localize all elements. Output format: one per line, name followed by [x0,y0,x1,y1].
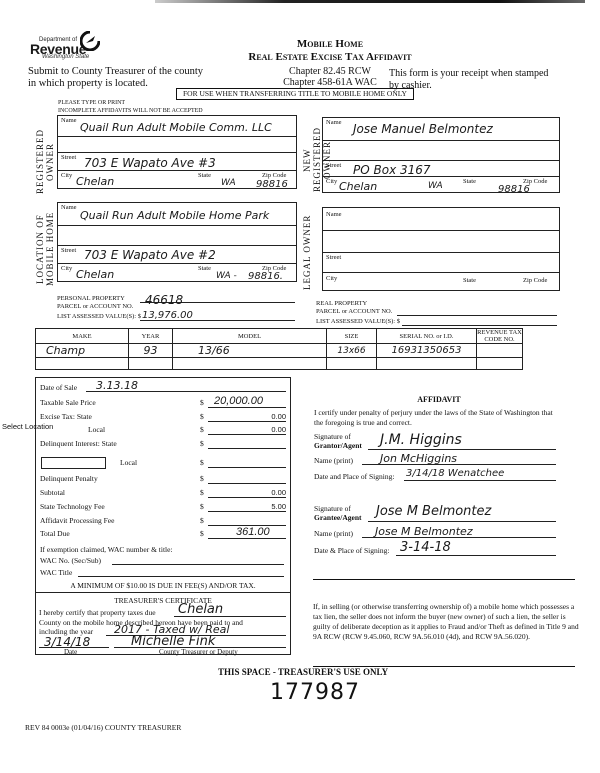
logo-state-text: Washington State [42,54,89,60]
grantee-name-label: Name (print) [314,529,353,538]
location-zip[interactable]: 98816. [248,271,283,282]
zip-label: Zip Code [262,172,286,179]
fee-row-delinquent-state: Delinquent Interest: State$ [40,439,286,450]
revenue-code-value[interactable] [477,344,523,358]
grantee-agent-label: Grantee/Agent [314,513,362,522]
fee-label: Total Due [40,529,70,538]
delinquent-interest-local-value[interactable] [208,458,286,468]
real-assessed-label: LIST ASSESSED VALUE(S): $ [316,318,400,325]
state-label: State [198,172,211,179]
col-year: YEAR [129,329,173,344]
col-model: MODEL [173,329,327,344]
grantor-date-place[interactable]: 3/14/18 Wenatchee [406,468,504,479]
table-header-row: MAKE YEAR MODEL SIZE SERIAL NO. or I.D. … [36,329,523,344]
treasurer-signature[interactable]: Michelle Fink [131,634,215,649]
real-property-label: REAL PROPERTY [316,300,392,308]
col-make: MAKE [36,329,129,344]
zip-label: Zip Code [523,277,547,284]
make-value[interactable]: Champ [36,344,129,358]
new-owner-name[interactable]: Jose Manuel Belmontez [353,122,493,136]
street-label: Street [61,247,76,254]
legal-owner-section-label: LEGAL OWNER [302,212,322,292]
state-label: State [463,178,476,185]
serial-value[interactable]: 16931350653 [377,344,477,358]
name-label: Name [326,119,342,126]
name-label: Name [61,204,77,211]
receipt-note-line1: This form is your receipt when stamped [389,68,548,80]
name-label: Name [61,117,77,124]
col-size: SIZE [327,329,377,344]
legal-owner-box: Name Street City State Zip Code [322,207,560,291]
excise-tax-state-value[interactable]: 0.00 [208,412,286,422]
city-label: City [61,265,72,272]
grantor-name-label: Name (print) [314,456,353,465]
city-label: City [326,178,337,185]
personal-property-label: PERSONAL PROPERTY [57,295,133,303]
registered-owner-section-label: REGISTERED OWNER [35,118,55,206]
scan-edge-line [155,0,585,3]
fee-label: Excise Tax: State [40,412,92,421]
instruction-type-or-print: PLEASE TYPE OR PRINT [58,99,203,107]
new-owner-section-label: NEW REGISTERED OWNER [302,116,322,204]
total-due-value[interactable]: 361.00 [208,526,286,539]
year-value[interactable] [129,358,173,370]
model-value[interactable] [173,358,327,370]
location-street[interactable]: 703 E Wapato Ave #2 [84,248,216,262]
treasurer-county[interactable]: Chelan [178,602,223,617]
fee-label: Affidavit Processing Fee [40,516,114,525]
location-city[interactable]: Chelan [76,268,114,281]
grantee-date-label: Date & Place of Signing: [314,546,389,555]
wac-no-input[interactable] [112,564,284,565]
state-label: State [198,265,211,272]
signature-of-label: Signature of [314,432,362,441]
registered-owner-state[interactable]: WA [221,178,236,188]
treasurer-receipt-number: 177987 [270,680,360,705]
fee-row-taxable-sale-price: Taxable Sale Price$ 20,000.00 [40,398,286,409]
affidavit-statement: I certify under penalty of perjury under… [314,408,554,428]
grantor-signature-line [368,449,556,450]
registered-owner-box: Name Quail Run Adult Mobile Comm. LLC St… [57,115,297,189]
serial-value[interactable] [377,358,477,370]
fee-label: Local [120,458,137,467]
grantor-agent-label: Grantor/Agent [314,441,362,450]
for-use-banner: FOR USE WHEN TRANSFERRING TITLE TO MOBIL… [176,88,414,100]
grantor-signature[interactable]: J.M. Higgins [380,432,462,448]
fee-row-excise-local: Local$ 0.00 [40,425,286,436]
size-value[interactable] [327,358,377,370]
chapter-rcw: Chapter 82.45 RCW [250,66,410,77]
revenue-code-value[interactable] [477,358,523,370]
wac-no-label: WAC No. (Sec/Sub) [40,556,101,565]
wac-title-input[interactable] [78,576,284,577]
instructions: PLEASE TYPE OR PRINT INCOMPLETE AFFIDAVI… [58,99,203,115]
location-name[interactable]: Quail Run Adult Mobile Home Park [80,209,269,222]
real-property-labels: REAL PROPERTY PARCEL or ACCOUNT NO. [316,300,392,316]
excise-tax-local-value[interactable]: 0.00 [208,425,286,435]
select-location-label[interactable]: Select Location [2,422,53,431]
grantee-date-place[interactable]: 3-14-18 [400,540,451,555]
registered-owner-name[interactable]: Quail Run Adult Mobile Comm. LLC [80,121,272,134]
grantee-signature-line [368,521,556,522]
name-label: Name [326,211,342,218]
fee-row-subtotal: Subtotal$ 0.00 [40,488,286,499]
table-row [36,358,523,370]
grantee-signature[interactable]: Jose M Belmontez [376,504,491,519]
city-label: City [326,275,337,282]
delinquent-interest-state-value[interactable] [208,439,286,449]
city-label: City [61,172,72,179]
new-owner-city[interactable]: Chelan [339,180,377,193]
date-label: Date [64,648,77,656]
revenue-swoosh-icon [80,31,100,51]
signature-of-label: Signature of [314,504,362,513]
grantee-name[interactable]: Jose M Belmontez [375,525,473,538]
make-value[interactable] [36,358,129,370]
fee-row-excise-state: Excise Tax: State$ 0.00 [40,412,286,423]
exemption-label: If exemption claimed, WAC number & title… [40,545,173,554]
fee-label: Delinquent Interest: State [40,439,117,448]
year-value[interactable]: 93 [129,344,173,358]
col-serial: SERIAL NO. or I.D. [377,329,477,344]
fee-row-technology-fee: State Technology Fee$ 5.00 [40,502,286,513]
fee-label: Local [88,425,105,434]
fee-label: Delinquent Penalty [40,474,98,483]
fee-label: State Technology Fee [40,502,105,511]
registered-owner-zip[interactable]: 98816 [256,179,288,190]
location-state[interactable]: WA - [216,271,237,281]
grantor-date-label: Date and Place of Signing: [314,472,394,481]
form-title-line2: Real Estate Excise Tax Affidavit [180,51,480,63]
registered-owner-city[interactable]: Chelan [76,175,114,188]
affidavit-title: AFFIDAVIT [294,395,584,404]
treasurer-date[interactable]: 3/14/18 [44,635,90,649]
form-revision: REV 84 0003e (01/04/16) COUNTY TREASURER [25,723,181,732]
personal-property-labels: PERSONAL PROPERTY PARCEL or ACCOUNT NO. [57,295,133,311]
location-section-label: LOCATION OF MOBILE HOME [35,205,55,293]
tax-lien-notice: If, in selling (or otherwise transferrin… [313,602,583,642]
personal-assessed-value[interactable]: 13,976.00 [142,310,193,321]
state-label: State [463,277,476,284]
new-owner-box: Name Jose Manuel Belmontez Street PO Box… [322,117,560,193]
minimum-note: A MINIMUM OF $10.00 IS DUE IN FEE(S) AND… [36,581,290,590]
fee-label: Subtotal [40,488,65,497]
date-of-sale-label: Date of Sale [40,383,77,392]
submit-note: Submit to County Treasurer of the county… [28,66,203,90]
personal-account-no[interactable]: 46618 [145,293,183,307]
form-title-line1: Mobile Home [200,38,460,50]
affidavit-fee-value[interactable] [208,516,286,526]
registered-owner-street[interactable]: 703 E Wapato Ave #3 [84,156,216,170]
fee-row-delinquent-penalty: Delinquent Penalty$ [40,474,286,485]
treasurer-use-label: THIS SPACE - TREASURER'S USE ONLY [218,667,388,677]
parcel-account-label: PARCEL or ACCOUNT NO. [57,303,133,311]
fee-label: Taxable Sale Price [40,398,96,407]
real-assessed-line[interactable] [402,325,557,326]
treasurer-certificate-title: TREASURER'S CERTIFICATE [36,596,290,605]
new-owner-state[interactable]: WA [428,181,443,191]
instruction-incomplete: INCOMPLETE AFFIDAVITS WILL NOT BE ACCEPT… [58,107,203,115]
delinquent-penalty-value[interactable] [208,474,286,484]
location-box: Name Quail Run Adult Mobile Home Park St… [57,202,297,282]
treasurer-line1: I hereby certify that property taxes due [39,608,156,617]
col-revenue-tax-code: REVENUE TAX CODE NO. [477,329,523,344]
fee-row-total-due: Total Due$ 361.00 [40,529,286,540]
street-label: Street [61,154,76,161]
size-value[interactable]: 13x66 [327,344,377,358]
affidavit-section: AFFIDAVIT I certify under penalty of per… [314,395,584,428]
personal-assessed-label: LIST ASSESSED VALUE(S): $ [57,313,141,320]
county-treasurer-label: County Treasurer or Deputy [159,648,238,656]
date-of-sale-value[interactable]: 3.13.18 [96,379,138,392]
parcel-account-label: PARCEL or ACCOUNT NO. [316,308,392,316]
fee-box: Date of Sale 3.13.18 Taxable Sale Price$… [35,377,291,593]
grantor-signature-label: Signature of Grantor/Agent [314,432,362,450]
grantor-name[interactable]: Jon McHiggins [380,452,457,465]
grantor-date-line [404,480,556,481]
street-label: Street [326,254,341,261]
street-label: Street [326,162,341,169]
submit-note-line1: Submit to County Treasurer of the county [28,66,203,78]
table-row: Champ 93 13/66 13x66 16931350653 [36,344,523,358]
taxable-sale-price-value[interactable]: 20,000.00 [208,395,286,408]
new-owner-zip[interactable]: 98816 [498,184,530,195]
real-account-line[interactable] [397,315,557,316]
technology-fee-value[interactable]: 5.00 [208,502,286,512]
model-value[interactable]: 13/66 [173,344,327,358]
fee-row-delinquent-local: Local$ [40,458,286,469]
grantee-date-line [396,555,556,556]
new-owner-street[interactable]: PO Box 3167 [353,163,431,177]
chapter-wac: Chapter 458-61A WAC [250,77,410,88]
grantee-signature-label: Signature of Grantee/Agent [314,504,362,522]
subtotal-value[interactable]: 0.00 [208,488,286,498]
affidavit-divider [313,579,575,580]
wac-title-label: WAC Title [40,568,72,577]
mobile-home-table: MAKE YEAR MODEL SIZE SERIAL NO. or I.D. … [35,328,523,370]
treasurers-certificate-box: TREASURER'S CERTIFICATE I hereby certify… [35,592,291,655]
